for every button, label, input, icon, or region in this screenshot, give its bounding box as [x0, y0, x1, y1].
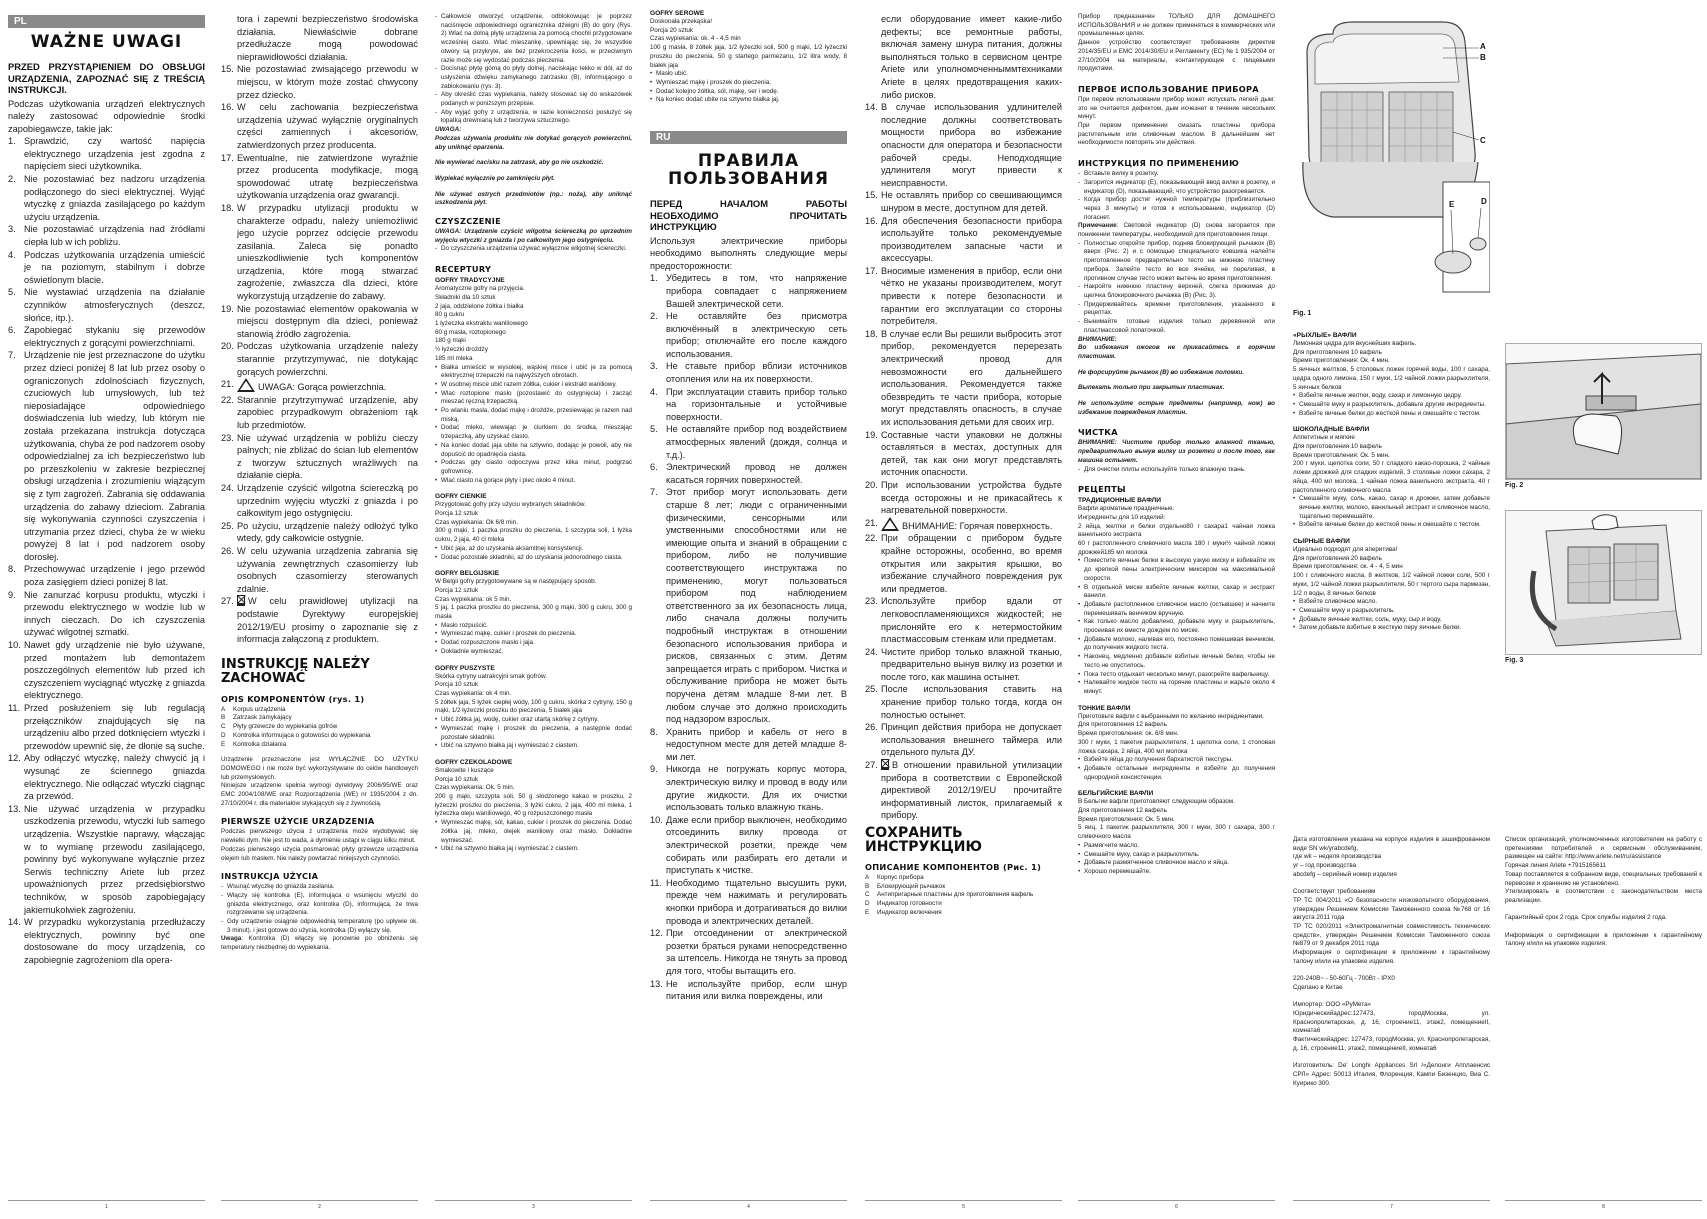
continued-text: tora i zapewni bezpieczeństwo środowiska…	[221, 13, 418, 63]
item-number: 12.	[650, 927, 663, 940]
intro-text: Используя электрические приборы необходи…	[650, 235, 847, 273]
recipe-line: 185 ml mleka	[435, 355, 632, 364]
list-item: 17.Вносимые изменения в прибор, если они…	[865, 265, 1062, 328]
read-instructions-subtitle: PRZED PRZYSTĄPIENIEM DO OBSŁUGI URZĄDZEN…	[8, 61, 205, 96]
recipe-step: Добавьте размягченное сливочное масло и …	[1078, 859, 1275, 868]
component-row: DKontrolka informująca o gotowości do wy…	[221, 732, 418, 741]
recipe-title: GOFRY CIENKIE	[435, 492, 632, 501]
list-item: 14.W przypadku wykorzystania przedłużacz…	[8, 916, 205, 966]
recipe-step: Dodać pozostałe składniki, aż do uzyskan…	[435, 554, 632, 563]
item-number: 27.	[865, 759, 878, 772]
list-item: 24.Чистите прибор только влажной тканью,…	[865, 646, 1062, 684]
recipe-steps: Masło ubić.Wymieszać mąkę i proszek do p…	[650, 70, 847, 105]
list-item: 20.При использовании устройства будьте в…	[865, 479, 1062, 517]
item-number: 6.	[650, 461, 658, 474]
list-item: 15.Nie pozostawiać zwisającego przewodu …	[221, 63, 418, 101]
paragraph: Товар поставляется в собранном виде, спе…	[1505, 871, 1702, 888]
item-number: 14.	[865, 101, 878, 114]
paragraph: Гарантийный срок 2 года. Срок службы изд…	[1505, 914, 1702, 923]
list-item: 12.При отсоединении от электрической роз…	[650, 927, 847, 977]
paragraph: ТР ТС 004/2011 «О безопасности низковоль…	[1293, 897, 1490, 923]
list-item: 10.Nawet gdy urządzenie nie było używane…	[8, 639, 205, 702]
item-number: 19.	[865, 429, 878, 442]
item-number: 8.	[8, 563, 16, 576]
recipe-step: Налевайте жидкое тесто на горячие пласти…	[1078, 679, 1275, 696]
keep-instructions-title: СОХРАНИТЬ ИНСТРУКЦИЮ	[865, 826, 1062, 854]
component-key: D	[221, 732, 233, 741]
recipes-list: ТРАДИЦИОННЫЕ ВАФЛИВафли ароматные праздн…	[1078, 496, 1275, 876]
recipe-step: Wlać ciasto na gorące płyty i piec około…	[435, 477, 632, 486]
callout-b: B	[1480, 53, 1486, 62]
list-item: Вынимайте готовые изделия только деревян…	[1078, 318, 1275, 335]
recipe-step: Размягчите масло.	[1078, 842, 1275, 851]
recipe-step: Добавьте растопленное сливочное масло (о…	[1078, 601, 1275, 618]
recipe-step: Dodać kolejno żółtka, sól, mąkę, ser i w…	[650, 88, 847, 97]
paragraph: Информация о сертификации в приложении к…	[1293, 949, 1490, 966]
item-text: Используйте прибор вдали от легковосплам…	[881, 596, 1062, 644]
item-number: 8.	[650, 726, 658, 739]
recipe-line: 300 г муки, 1 пакетик разрыхлителя, 1 ще…	[1078, 739, 1275, 756]
recipes-title: РЕЦЕПТЫ	[1078, 484, 1275, 494]
list-item: 1.Убедитесь в том, что напряжение прибор…	[650, 272, 847, 310]
callout-c: C	[1480, 136, 1486, 145]
component-label: Корпус прибора	[877, 874, 924, 883]
page-6: Прибор предназначен ТОЛЬКО ДЛЯ ДОМАШНЕГО…	[1078, 0, 1275, 1219]
list-item: 8.Przechowywać urządzenie i jego przewód…	[8, 563, 205, 588]
component-key: B	[221, 714, 233, 723]
list-item: 9.Nie zanurzać korpusu produktu, wtyczki…	[8, 589, 205, 639]
recipe-line: Aromatyczne gofry na przyjęcia.	[435, 285, 632, 294]
hot-surface-warning-icon	[237, 378, 255, 392]
item-number: 10.	[8, 639, 21, 652]
recipe-line: Ингредиенты для 10 изделий:	[1078, 514, 1275, 523]
paragraph: yr – год производства	[1293, 862, 1490, 871]
recipe-line: Время приготовления: Ок. 4 мин.	[1293, 357, 1490, 366]
list-item: Придерживайтесь времени приготовления, у…	[1078, 301, 1275, 318]
component-label: Индикатор включения	[877, 909, 942, 918]
list-item: 15.Не оставлять прибор со свешивающимся …	[865, 189, 1062, 214]
item-text: Nie pozostawiać urządzenia nad źródłami …	[24, 224, 205, 247]
recipe-line: 5 jaj, 1 paczka proszku do pieczenia, 30…	[435, 604, 632, 621]
item-number: 26.	[221, 545, 234, 558]
page-number: 6	[1078, 1200, 1275, 1210]
recipe-steps: Поместите яичные белки в высокую узкую м…	[1078, 557, 1275, 696]
item-text: При обращении с прибором будьте крайне о…	[881, 533, 1062, 593]
figure-3-illustration	[1506, 511, 1701, 654]
recipe-step: Po wlaniu masła, dodać mąkę i drożdże, p…	[435, 407, 632, 424]
recipe-line: Аппетитные и мягкие	[1293, 434, 1490, 443]
recipe-line: 5 яиц, 1 пакетик разрыхлителя, 300 г мук…	[1078, 824, 1275, 841]
list-item: Włączy się kontrolka (E), informująca o …	[221, 892, 418, 918]
list-item: Вставьте вилку в розетку.	[1078, 170, 1275, 179]
recipe-line: Czas wypiekania: Ok 6/8 min.	[435, 519, 632, 528]
item-number: 17.	[221, 152, 234, 165]
recipes-title: RECEPTURY	[435, 264, 632, 274]
list-item: 17.Ewentualne, nie zatwierdzone wyraźnie…	[221, 152, 418, 202]
recipe-line: Przygotować gofry przy użyciu wybranych …	[435, 501, 632, 510]
recipe-line: 200 г муки, щепотка соли, 50 г сладкого …	[1293, 460, 1490, 495]
item-text: Необходимо тщательно высушить руки, преж…	[666, 878, 847, 926]
usage-list: Вставьте вилку в розетку.Загорится индик…	[1078, 170, 1275, 222]
household-notice: Прибор предназначен ТОЛЬКО ДЛЯ ДОМАШНЕГО…	[1078, 13, 1275, 39]
item-number: 7.	[650, 486, 658, 499]
recipe-line: Smakowite i kuszące	[435, 767, 632, 776]
component-row: EKontrolka działania	[221, 741, 418, 750]
component-row: BZatrzask zamykający	[221, 714, 418, 723]
recipe-step: Взбейте яйца до получения бархатистой те…	[1078, 756, 1275, 765]
paragraph: Утилизировать в соответствии с законодат…	[1505, 888, 1702, 905]
recipe-line: Czas wypiekania: ok 4 min.	[435, 690, 632, 699]
component-key: D	[865, 900, 877, 909]
recipe-title: GOFRY PUSZYSTE	[435, 664, 632, 673]
item-number: 5.	[650, 423, 658, 436]
recipe-step: Хорошо перемешайте.	[1078, 868, 1275, 877]
component-key: E	[865, 909, 877, 918]
list-item: 23.Nie używać urządzenia w pobliżu ciecz…	[221, 432, 418, 482]
list-item: 16.Для обеспечения безопасности прибора …	[865, 215, 1062, 265]
figure-1-waffle-maker: A B C D E	[1293, 12, 1490, 308]
item-number: 23.	[865, 595, 878, 608]
item-number: 3.	[650, 360, 658, 373]
recipe-title: GOFRY SEROWE	[650, 9, 847, 18]
recipe-step: Затем добавьте взбитые в жесткую перу яи…	[1293, 624, 1490, 633]
usage-title: INSTRUKCJA UŻYCIA	[221, 871, 418, 881]
component-label: Kontrolka informująca o gotowości do wyp…	[233, 732, 371, 741]
item-text: Не оставляйте прибор под воздействием ат…	[666, 424, 847, 459]
warning-text: Во избежания ожогов не прикасайтесь к го…	[1078, 344, 1275, 361]
item-text: При эксплуатации ставить прибор только н…	[666, 387, 847, 422]
list-item: Полностью откройте прибор, подняв блокир…	[1078, 240, 1275, 284]
item-number: 23.	[221, 432, 234, 445]
recipe-step: Смешайте муку, соль, какао, сахар и дрож…	[1293, 495, 1490, 521]
safety-list: 14.В случае использования удлинителей по…	[865, 101, 1062, 822]
item-text: После использования ставить на хранение …	[881, 684, 1062, 719]
recipe-line: 100 г сливочного масла, 8 желтков, 1/2 ч…	[1293, 572, 1490, 598]
language-badge-pl: PL	[8, 15, 205, 28]
item-text: Чистите прибор только влажной тканью, пр…	[881, 647, 1062, 682]
hot-surface-warning-icon	[881, 517, 899, 531]
list-item: 26.W celu używania urządzenia zabrania s…	[221, 545, 418, 595]
list-item: 18.W przypadku utylizacji produktu w cha…	[221, 202, 418, 303]
item-number: 26.	[865, 721, 878, 734]
item-number: 16.	[221, 101, 234, 114]
continued-text: если оборудование имеет какие-либо дефек…	[865, 13, 1062, 101]
recipe-step: Wymieszać mąkę, sól, kakao, cukier i pro…	[435, 819, 632, 845]
list-item: 14.В случае использования удлинителей по…	[865, 101, 1062, 189]
cleaning-warning: ВНИМАНИЕ: Чистите прибор только влажной …	[1078, 439, 1275, 465]
component-label: Kontrolka działania	[233, 741, 286, 750]
component-key: E	[221, 741, 233, 750]
list-item: 4.Podczas użytkowania urządzenia umieści…	[8, 249, 205, 287]
list-item: 22.При обращении с прибором будьте крайн…	[865, 532, 1062, 595]
callout-e: E	[1449, 200, 1454, 209]
item-number: 25.	[865, 683, 878, 696]
list-item: 6.Электрический провод не должен касатьс…	[650, 461, 847, 486]
paragraph: abcdefg – серийный номер изделия	[1293, 871, 1490, 880]
list-item: 21.UWAGA: Gorąca powierzchnia.	[221, 378, 418, 394]
item-text: Ewentualne, nie zatwierdzone wyraźnie pr…	[237, 153, 418, 201]
list-item: 20.Podczas użytkowania urządzenie należy…	[221, 340, 418, 378]
component-label: Korpus urządzenia	[233, 706, 286, 715]
item-text: При отсоединении от электрической розетк…	[666, 928, 847, 976]
recipe-step: Dodać mleko, wlewając je ciurkiem do śro…	[435, 424, 632, 441]
paragraph	[1293, 1054, 1490, 1063]
recipe-steps: Ubić żółtka jaj, wodę, cukier oraz utart…	[435, 716, 632, 751]
page-4: GOFRY SEROWEDoskonała przekąska!Porcja 2…	[650, 0, 847, 1219]
directives-notice: Niniejsze urządzenie spełnia wymogi dyre…	[221, 782, 418, 808]
component-row: EИндикатор включения	[865, 909, 1062, 918]
list-item: Do czyszczenia urządzenia używać wyłączn…	[435, 245, 632, 254]
recipe-step: Взбейте яичные белки до жесткой пены и с…	[1293, 410, 1490, 419]
item-number: 24.	[865, 646, 878, 659]
component-key: C	[865, 891, 877, 900]
item-number: 9.	[8, 589, 16, 602]
recipe-steps: Masło rozpuścić.Wymieszać mąkę, cukier i…	[435, 622, 632, 657]
item-text: Убедитесь в том, что напряжение прибора …	[666, 273, 847, 308]
recipe-steps: Взбейте яйца до получения бархатистой те…	[1078, 756, 1275, 782]
page-8: Fig. 2 Fig. 3 Список организаций, уполно…	[1505, 0, 1702, 1219]
recipe-step: Wymieszać mąkę i proszek do pieczenia.	[650, 79, 847, 88]
paragraph: Сделано в Китае	[1293, 984, 1490, 993]
list-item: 8.Хранить прибор и кабель от него в недо…	[650, 726, 847, 764]
usage-list: Wsunąć wtyczkę do gniazda zasilania.Włąc…	[221, 883, 418, 935]
recipe-steps: Взбейте сливочное масло.Смешайте муку и …	[1293, 598, 1490, 633]
recipe-step: Пока тесто отдыхает несколько минут, раз…	[1078, 671, 1275, 680]
paragraph: Список организаций, уполномоченных изгот…	[1505, 836, 1702, 862]
recipe-line: 5 яичных желтков, 5 столовых ложек горяч…	[1293, 366, 1490, 392]
recipe-step: Смешайте муку, сахар и разрыхлитель.	[1078, 851, 1275, 860]
paragraph	[1293, 967, 1490, 976]
recipe-line: Skórka cytryny uatrakcyjni smak gofrów.	[435, 673, 632, 682]
recipe-step: Добавьте остальные ингредиенты и взбейте…	[1078, 765, 1275, 782]
recipe-line: Для приготовления 12 вафель	[1078, 807, 1275, 816]
item-number: 16.	[865, 215, 878, 228]
paragraph	[1293, 880, 1490, 889]
note-label: Uwaga	[221, 935, 241, 942]
item-number: 24.	[221, 482, 234, 495]
page-number: 5	[865, 1200, 1062, 1210]
recipe-title: GOFRY BELGIJSKIE	[435, 569, 632, 578]
item-text: Przed posłużeniem się lub regulacją prze…	[24, 703, 205, 751]
item-number: 15.	[865, 189, 878, 202]
item-number: 6.	[8, 324, 16, 337]
item-number: 21.	[221, 378, 234, 391]
recipe-step: Ubić na sztywno białka jaj i wymieszać z…	[435, 742, 632, 751]
recipe-cheese-pl: GOFRY SEROWEDoskonała przekąska!Porcja 2…	[650, 9, 847, 105]
recipe-line: Składniki dla 10 sztuk	[435, 294, 632, 303]
item-text: Nie pozostawiać elementów opakowania w m…	[237, 304, 418, 339]
item-text: UWAGA: Gorąca powierzchnia.	[258, 382, 386, 392]
recipe-step: Dodać rozpuszczone masło i jaja.	[435, 639, 632, 648]
component-row: AKorpus urządzenia	[221, 706, 418, 715]
item-number: 13.	[650, 978, 663, 991]
components-list: AKorpus urządzeniaBZatrzask zamykającyCP…	[221, 706, 418, 750]
paragraph: Информация о сертификации в приложении к…	[1505, 932, 1702, 949]
page-number: 7	[1293, 1200, 1490, 1210]
item-text: Вносимые изменения в прибор, если они чё…	[881, 266, 1062, 326]
list-item: 13.Не используйте прибор, если шнур пита…	[650, 978, 847, 1003]
page-1: PL WAŻNE UWAGI PRZED PRZYSTĄPIENIEM DO O…	[8, 0, 205, 1219]
recipe-line: Время приготовления: ок. 4 - 4, 5 мин	[1293, 563, 1490, 572]
item-text: Nie pozostawiać bez nadzoru urządzenia p…	[24, 174, 205, 222]
item-number: 22.	[865, 532, 878, 545]
recipe-step: W osobnej misce ubić razem żółtka, cukie…	[435, 381, 632, 390]
figure-1-label: Fig. 1	[1293, 310, 1490, 317]
item-text: Nie wystawiać urządzenia na działanie cz…	[24, 287, 205, 322]
list-item: Aby określić czas wypiekania, należy sto…	[435, 91, 632, 108]
components-list: AКорпус прибораBБлокирующий рычажокCАнти…	[865, 874, 1062, 918]
page-number: 1	[8, 1200, 205, 1210]
usage-list-continued: Całkowicie otworzyć urządzenie, odblokow…	[435, 13, 632, 126]
page-number: 3	[435, 1200, 632, 1210]
item-text: W celu zachowania bezpieczeństwa urządze…	[237, 102, 418, 150]
recipe-step: Взбейте яичные белки до жесткой пены и с…	[1293, 521, 1490, 530]
list-item: 7.Urządzenie nie jest przeznaczone do uż…	[8, 349, 205, 563]
item-text: Не ставьте прибор вблизи источников отоп…	[666, 361, 847, 384]
recipe-title: GOFRY TRADYCYJNE	[435, 276, 632, 285]
product-info: Дата изготовления указана на корпусе изд…	[1293, 836, 1490, 1088]
item-text: Podczas użytkowania urządzenie należy st…	[237, 341, 418, 376]
item-text: Электрический провод не должен касаться …	[666, 462, 847, 485]
item-text: Принцип действия прибора не допускает ис…	[881, 722, 1062, 757]
recipe-line: Czas wypiekania: ok. 4 - 4,5 min	[650, 35, 847, 44]
paragraph: Горячая линия Ariete +7915165611	[1505, 862, 1702, 871]
item-text: Nie używać urządzenia w pobliżu cieczy p…	[237, 433, 418, 481]
item-number: 11.	[8, 702, 20, 715]
cleaning-list: Для очистки плиты используйте только вла…	[1078, 466, 1275, 475]
recipe-steps: Размягчите масло.Смешайте муку, сахар и …	[1078, 842, 1275, 877]
recipe-steps: Białka umieścić w wysokiej, wąskiej misc…	[435, 364, 632, 486]
recipe-title: ТРАДИЦИОННЫЕ ВАФЛИ	[1078, 496, 1275, 505]
recipe-line: 60 g masła, roztopionego	[435, 329, 632, 338]
warning-text: Не форсируйте рычажок (B) во избежание п…	[1078, 369, 1275, 378]
paragraph	[1505, 923, 1702, 932]
item-number: 1.	[650, 272, 658, 285]
recipe-step: Взбейте сливочное масло.	[1293, 598, 1490, 607]
recipe-step: Na koniec dodać ubite na sztywno białka …	[650, 96, 847, 105]
item-number: 21.	[865, 517, 878, 530]
recipe-line: Porcja 12 sztuk	[435, 587, 632, 596]
list-item: 3.Nie pozostawiać urządzenia nad źródłam…	[8, 223, 205, 248]
cleaning-warning: UWAGA: Urządzenie czyścić wilgotna ścier…	[435, 228, 632, 245]
warnings-list: Podczas używania produktu nie dotykać go…	[435, 135, 632, 208]
list-item: 25.Po użyciu, urządzenie należy odłożyć …	[221, 520, 418, 545]
page-5: если оборудование имеет какие-либо дефек…	[865, 0, 1062, 1219]
item-text: Zapobiegać stykaniu się przewodów elektr…	[24, 325, 205, 348]
warning-label: UWAGA:	[435, 126, 632, 135]
figure-2-open-lever	[1505, 343, 1702, 480]
list-item: 6.Zapobiegać stykaniu się przewodów elek…	[8, 324, 205, 349]
recipe-step: Взбейте яичные желтки, воду, сахар и лим…	[1293, 392, 1490, 401]
item-text: В отношении правильной утилизации прибор…	[881, 760, 1062, 820]
item-text: Starannie przytrzymywać urządzenie, aby …	[237, 395, 418, 430]
list-item: 2.Не оставляйте без присмотра включённый…	[650, 310, 847, 360]
recipe-step: Смешайте муку и разрыхлитель.	[1293, 607, 1490, 616]
item-number: 18.	[221, 202, 234, 215]
paragraph: 220-240В~ - 50-60Гц - 700Вт - IPX0	[1293, 975, 1490, 984]
safety-list: 15.Nie pozostawiać zwisającego przewodu …	[221, 63, 418, 645]
components-title: OPIS KOMPONENTÓW (rys. 1)	[221, 694, 418, 704]
list-item: 10.Даже если прибор выключен, необходимо…	[650, 814, 847, 877]
page-number: 2	[221, 1200, 418, 1210]
item-text: Po użyciu, urządzenie należy odłożyć tyl…	[237, 521, 418, 544]
recipe-line: 2 яйца, желтки и белки отдельно80 г саха…	[1078, 523, 1275, 540]
item-text: Urządzenie czyścić wilgotna ściereczką p…	[237, 483, 418, 518]
item-text: Никогда не погружать корпус мотора, элек…	[666, 764, 847, 812]
list-item: 7.Этот прибор могут использовать дети ст…	[650, 486, 847, 725]
paragraph: Юридическийадрес:127473, городМосква, ул…	[1293, 1010, 1490, 1036]
recipe-step: Наконец, медленно добавьте взбитые яичны…	[1078, 653, 1275, 670]
list-item: 22.Starannie przytrzymywać urządzenie, a…	[221, 394, 418, 432]
item-text: W celu prawidłowej utylizacji na podstaw…	[237, 596, 418, 644]
list-item: 9.Никогда не погружать корпус мотора, эл…	[650, 763, 847, 813]
list-item: 1.Sprawdzić, czy wartość napięcia elektr…	[8, 135, 205, 173]
item-number: 15.	[221, 63, 234, 76]
item-text: Этот прибор могут использовать дети стар…	[666, 487, 847, 724]
recipe-line: W Belgii gofry przygotowywane są w nastę…	[435, 578, 632, 587]
list-item: 5.Не оставляйте прибор под воздействием …	[650, 423, 847, 461]
component-key: A	[221, 706, 233, 715]
recipe-line: 60 г растопленного сливочного масла 180 …	[1078, 540, 1275, 557]
component-row: CPłyty grzewcze do wypiekania gofrów	[221, 723, 418, 732]
list-item: 21.ВНИМАНИЕ: Горячая поверхность.	[865, 517, 1062, 533]
list-item: Aby wyjąć gofry z urządzenia, w razie ko…	[435, 109, 632, 126]
item-number: 4.	[8, 249, 16, 262]
warnings-list: Во избежания ожогов не прикасайтесь к го…	[1078, 344, 1275, 417]
recipe-title: «РЫХЛЫЕ» ВАФЛИ	[1293, 331, 1490, 340]
item-number: 27.	[221, 595, 234, 608]
recipe-step: Ubić na sztywno białka jaj i wymieszać z…	[435, 845, 632, 854]
household-notice: Urządzenie przeznaczone jest WYŁĄCZNIE D…	[221, 756, 418, 782]
page-number: 4	[650, 1200, 847, 1210]
component-label: Zatrzask zamykający	[233, 714, 292, 723]
recipe-line: Время приготовления: ок. 6/8 мин.	[1078, 730, 1275, 739]
read-instructions-subtitle: ПЕРЕД НАЧАЛОМ РАБОТЫ НЕОБХОДИМО ПРОЧИТАТ…	[650, 198, 847, 233]
warning-text: Выпекать только при закрытых пластинах.	[1078, 384, 1275, 393]
item-number: 18.	[865, 328, 878, 341]
item-text: Хранить прибор и кабель от него в недост…	[666, 727, 847, 762]
recipe-line: 2 jaja, oddzielone żółtka i białka	[435, 303, 632, 312]
recipe-step: Добавьте молоко, наливая его, постоянно …	[1078, 636, 1275, 653]
keep-instructions-title: INSTRUKCJĘ NALEŻY ZACHOWAĆ	[221, 658, 418, 686]
item-text: Nie używać urządzenia w przypadku uszkod…	[24, 804, 205, 915]
list-item: 19.Nie pozostawiać elementów opakowania …	[221, 303, 418, 341]
item-text: Составные части упаковки не должны остав…	[881, 430, 1062, 478]
list-item: Wsunąć wtyczkę do gniazda zasilania.	[221, 883, 418, 892]
component-label: Блокирующий рычажок	[877, 883, 945, 892]
list-item: 18.В случае если Вы решили выбросить это…	[865, 328, 1062, 429]
recipe-line: Время приготовления: Ок. 5 мин.	[1078, 816, 1275, 825]
warning-text: Nie wywierać nacisku na zatrzask, aby go…	[435, 159, 632, 168]
component-label: Płyty grzewcze do wypiekania gofrów	[233, 723, 337, 732]
waffle-maker-illustration	[1293, 12, 1490, 308]
item-number: 17.	[865, 265, 878, 278]
component-row: CАнтипригарные пластины для приготовлени…	[865, 891, 1062, 900]
list-item: 5.Nie wystawiać urządzenia na działanie …	[8, 286, 205, 324]
list-item: Całkowicie otworzyć urządzenie, odblokow…	[435, 13, 632, 65]
item-text: Sprawdzić, czy wartość napięcia elektryc…	[24, 136, 205, 171]
component-row: DИндикатор готовности	[865, 900, 1062, 909]
recipe-line: Для приготовления 10 вафель	[1293, 443, 1490, 452]
list-item: 11.Необходимо тщательно высушить руки, п…	[650, 877, 847, 927]
item-number: 20.	[865, 479, 878, 492]
paragraph: ТР ТС 020/2011 «Электромагнитная совмест…	[1293, 923, 1490, 949]
list-item: Для очистки плиты используйте только вла…	[1078, 466, 1275, 475]
page-number: 8	[1505, 1200, 1702, 1210]
item-text: Для обеспечения безопасности прибора исп…	[881, 216, 1062, 264]
paragraph: Фактическийадрес: 127473, городМосква, у…	[1293, 1036, 1490, 1053]
recipe-title: GOFRY CZEKOLADOWE	[435, 758, 632, 767]
